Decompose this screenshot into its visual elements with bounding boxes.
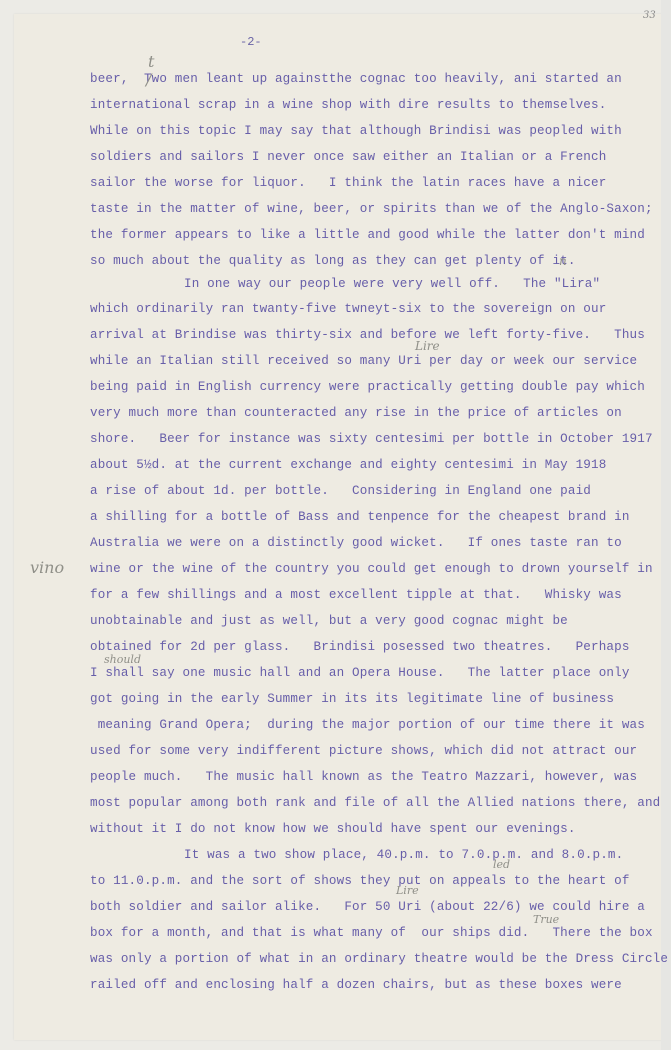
text-line: obtained for 2d per glass. Brindisi pose… bbox=[90, 641, 630, 654]
text-line: was only a portion of what in an ordinar… bbox=[90, 953, 668, 966]
text-line: both soldier and sailor alike. For 50 Ur… bbox=[90, 901, 645, 914]
text-line: most popular among both rank and file of… bbox=[90, 797, 660, 810]
text-line: In one way our people were very well off… bbox=[184, 278, 600, 291]
text-line: box for a month, and that is what many o… bbox=[90, 927, 653, 940]
text-line: so much about the quality as long as the… bbox=[90, 255, 576, 268]
text-line: arrival at Brindise was thirty-six and b… bbox=[90, 329, 645, 342]
text-line: very much more than counteracted any ris… bbox=[90, 407, 622, 420]
text-line: While on this topic I may say that altho… bbox=[90, 125, 622, 138]
text-line: taste in the matter of wine, beer, or sp… bbox=[90, 203, 653, 216]
handwritten-folio-number: 33 bbox=[643, 10, 656, 21]
text-line: sailor the worse for liquor. I think the… bbox=[90, 177, 606, 190]
text-line: a rise of about 1d. per bottle. Consider… bbox=[90, 485, 591, 498]
handwritten-annotation: n bbox=[559, 254, 567, 268]
text-line: the former appears to like a little and … bbox=[90, 229, 645, 242]
text-line: without it I do not know how we should h… bbox=[90, 823, 576, 836]
handwritten-annotation: should bbox=[104, 653, 141, 666]
text-line: a shilling for a bottle of Bass and tenp… bbox=[90, 511, 630, 524]
typed-page-number: -2- bbox=[240, 35, 262, 49]
handwritten-annotation: t bbox=[148, 52, 154, 71]
handwritten-annotation: True bbox=[533, 913, 559, 926]
text-line: got going in the early Summer in its its… bbox=[90, 693, 614, 706]
text-line: It was a two show place, 40.p.m. to 7.0.… bbox=[184, 849, 623, 862]
text-line: to 11.0.p.m. and the sort of shows they … bbox=[90, 875, 630, 888]
text-line: unobtainable and just as well, but a ver… bbox=[90, 615, 568, 628]
text-line: I shall say one music hall and an Opera … bbox=[90, 667, 630, 680]
text-line: beer, Two men leant up againstthe cognac… bbox=[90, 73, 622, 86]
text-line: used for some very indifferent picture s… bbox=[90, 745, 637, 758]
text-line: meaning Grand Opera; during the major po… bbox=[90, 719, 645, 732]
handwritten-annotation: vino bbox=[30, 558, 64, 577]
handwritten-annotation: Lire bbox=[415, 339, 440, 353]
text-line: people much. The music hall known as the… bbox=[90, 771, 637, 784]
text-line: international scrap in a wine shop with … bbox=[90, 99, 606, 112]
text-line: railed off and enclosing half a dozen ch… bbox=[90, 979, 622, 992]
handwritten-annotation: / bbox=[146, 70, 151, 89]
text-line: which ordinarily ran twanty-five twneyt-… bbox=[90, 303, 606, 316]
handwritten-annotation: Lire bbox=[396, 884, 419, 897]
text-line: while an Italian still received so many … bbox=[90, 355, 637, 368]
text-line: wine or the wine of the country you coul… bbox=[90, 563, 653, 576]
text-line: Australia we were on a distinctly good w… bbox=[90, 537, 622, 550]
text-line: for a few shillings and a most excellent… bbox=[90, 589, 622, 602]
text-line: about 5½d. at the current exchange and e… bbox=[90, 459, 606, 472]
text-line: soldiers and sailors I never once saw ei… bbox=[90, 151, 606, 164]
text-line: shore. Beer for instance was sixty cente… bbox=[90, 433, 653, 446]
text-line: being paid in English currency were prac… bbox=[90, 381, 645, 394]
scan-background bbox=[661, 0, 671, 1050]
handwritten-annotation: led bbox=[493, 858, 510, 871]
